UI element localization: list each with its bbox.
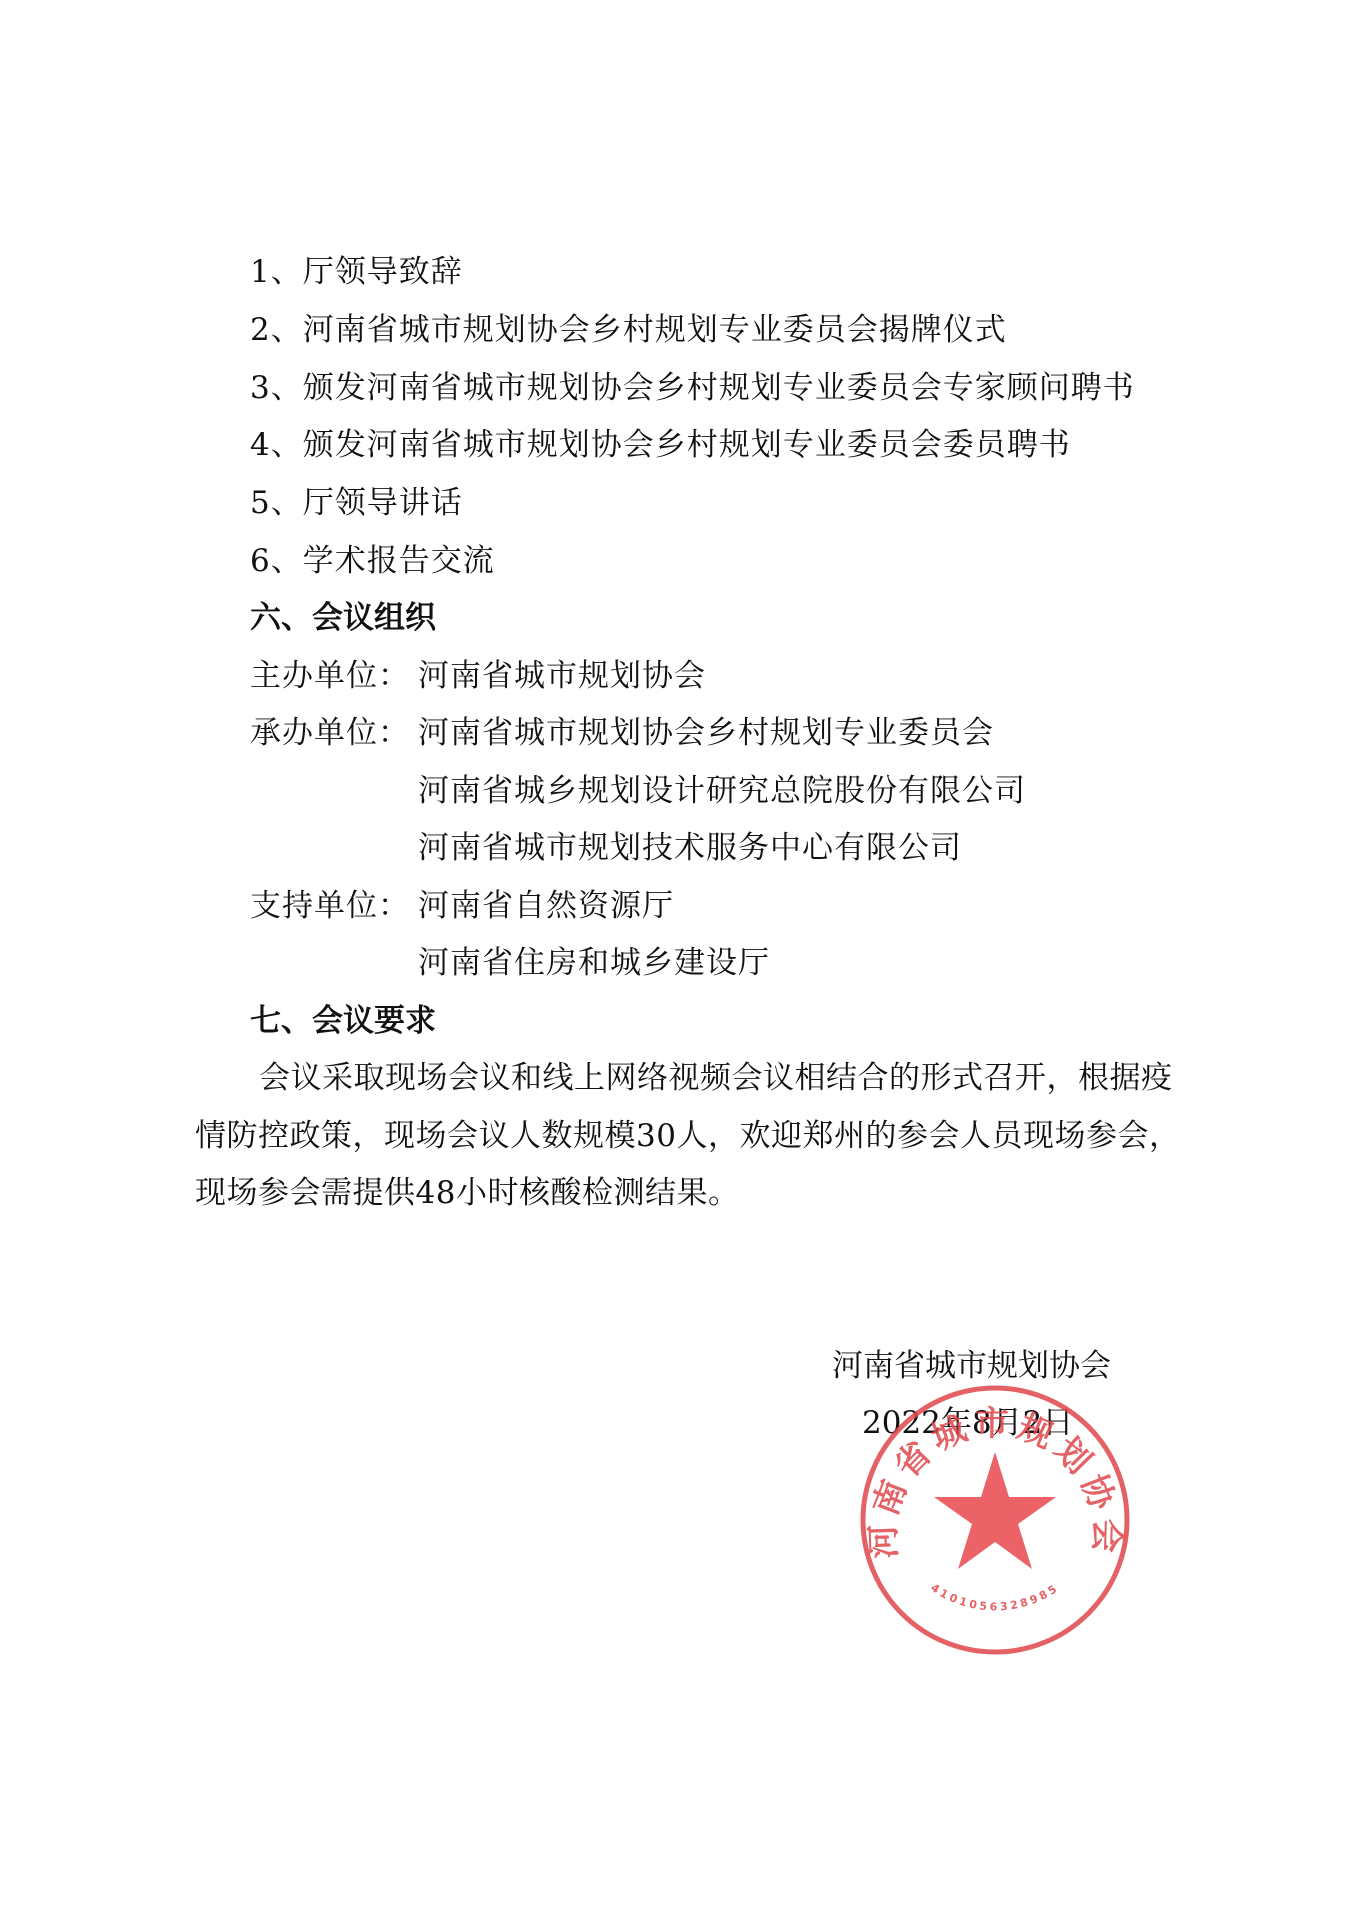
agenda-item-2: 2、河南省城市规划协会乡村规划专业委员会揭牌仪式 xyxy=(250,310,1007,350)
section-heading-organization: 六、会议组织 xyxy=(250,598,436,638)
agenda-item-3: 3、颁发河南省城市规划协会乡村规划专业委员会专家顾问聘书 xyxy=(250,368,1135,408)
organizer-value-3: 河南省城市规划技术服务中心有限公司 xyxy=(418,828,962,868)
supporter-value-1: 河南省自然资源厅 xyxy=(418,886,674,926)
agenda-item-6: 6、学术报告交流 xyxy=(250,541,495,581)
star-icon xyxy=(934,1452,1056,1569)
signature-organization: 河南省城市规划协会 xyxy=(832,1346,1111,1386)
organizer-value-1: 河南省城市规划协会乡村规划专业委员会 xyxy=(418,713,994,753)
agenda-item-1: 1、厅领导致辞 xyxy=(250,252,463,292)
requirements-paragraph: 会议采取现场会议和线上网络视频会议相结合的形式召开，根据疫情防控政策，现场会议人… xyxy=(195,1050,1195,1223)
section-heading-requirements: 七、会议要求 xyxy=(250,1001,436,1041)
agenda-item-4: 4、颁发河南省城市规划协会乡村规划专业委员会委员聘书 xyxy=(250,425,1071,465)
host-value: 河南省城市规划协会 xyxy=(418,656,706,696)
organizer-label: 承办单位： xyxy=(250,713,410,753)
signature-date: 2022年8月2日 xyxy=(862,1403,1073,1443)
agenda-item-5: 5、厅领导讲话 xyxy=(250,483,463,523)
organizer-value-2: 河南省城乡规划设计研究总院股份有限公司 xyxy=(418,771,1026,811)
supporter-label: 支持单位： xyxy=(250,886,410,926)
supporter-value-2: 河南省住房和城乡建设厅 xyxy=(418,943,770,983)
host-label: 主办单位： xyxy=(250,656,410,696)
svg-text:4101056328985: 4101056328985 xyxy=(928,1581,1061,1613)
document-page: 1、厅领导致辞 2、河南省城市规划协会乡村规划专业委员会揭牌仪式 3、颁发河南省… xyxy=(0,0,1357,1920)
